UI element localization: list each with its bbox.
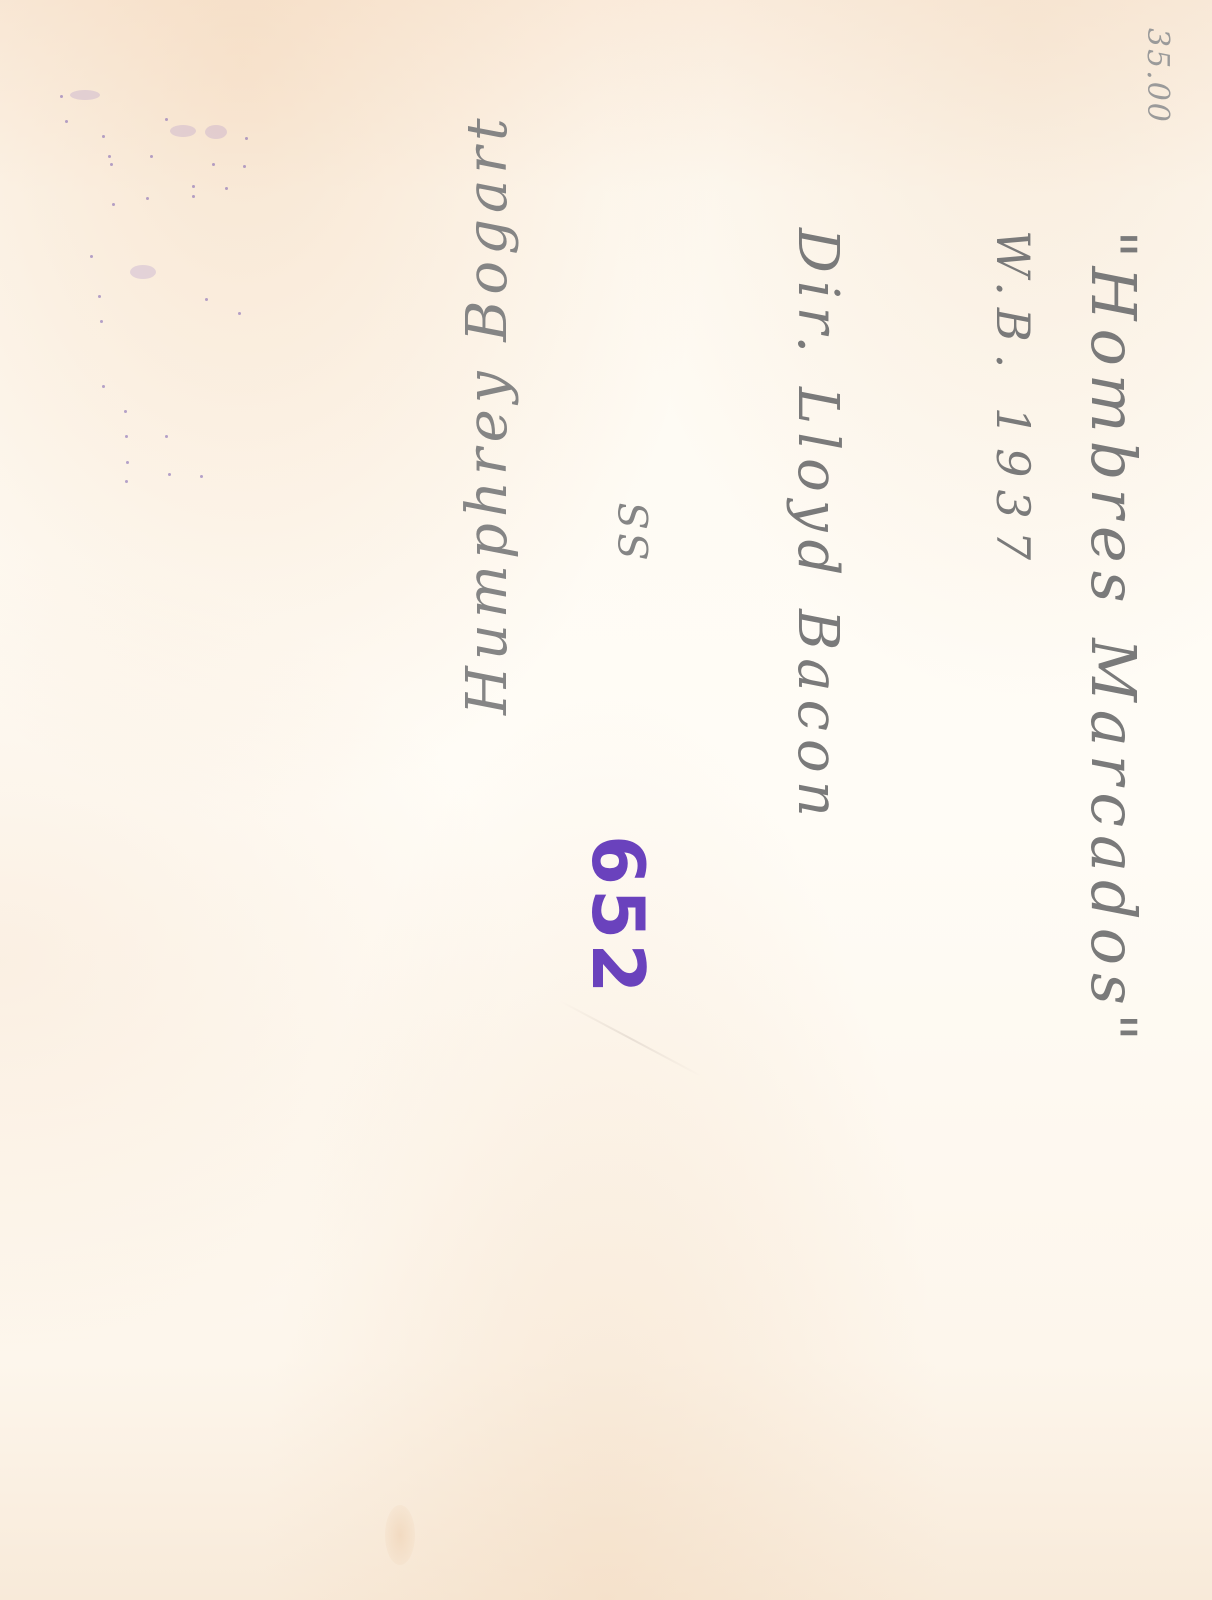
archive-number-stamp: 652	[576, 835, 660, 997]
price-annotation: 35.00	[1140, 28, 1175, 124]
studio-year-annotation: W.B. 1937	[986, 230, 1040, 572]
paper-stain	[385, 1505, 415, 1565]
paper-crease	[560, 1000, 702, 1077]
photo-back-sheet: 35.00 "Hombres Marcados" W.B. 1937 Dir. …	[0, 0, 1212, 1600]
actor-annotation: Humphrey Bogart	[455, 112, 520, 715]
film-title-annotation: "Hombres Marcados"	[1077, 230, 1150, 1049]
faded-ink-stamp	[40, 85, 250, 485]
code-annotation: SS	[612, 498, 658, 560]
director-annotation: Dir. Lloyd Bacon	[785, 228, 850, 825]
